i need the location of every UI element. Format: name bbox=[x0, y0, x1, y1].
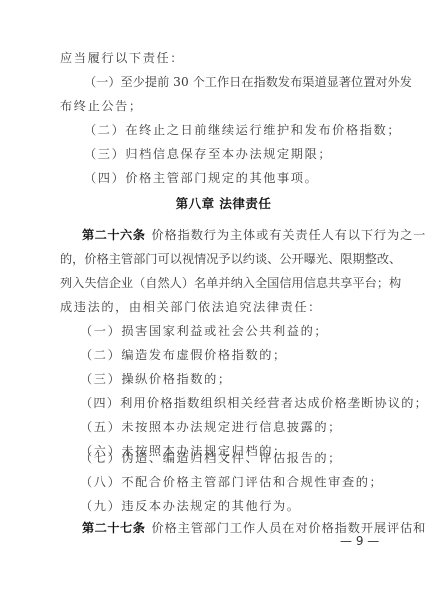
list-item: （四）价格主管部门规定的其他事项。 bbox=[84, 170, 388, 186]
list-item: （二）编造发布虚假价格指数的； bbox=[80, 347, 408, 363]
list-item: （九）违反本办法规定的其他行为。 bbox=[80, 498, 408, 514]
paragraph-line: 的，价格主管部门可以视情况予以约谈、公开曝光、限期整改、 bbox=[60, 251, 388, 267]
article-26-text: 价格指数行为主体或有关责任人有以下行为之一 bbox=[151, 228, 426, 242]
article-26-title: 第二十六条 bbox=[82, 228, 145, 242]
list-item: （二）在终止之日前继续运行维护和发布价格指数； bbox=[84, 122, 388, 138]
list-item: （一）损害国家利益或社会公共利益的； bbox=[80, 323, 408, 339]
list-item: （一）至少提前 30 个工作日在指数发布渠道显著位置对外发 bbox=[84, 74, 388, 90]
article-26-first-line: 第二十六条价格指数行为主体或有关责任人有以下行为之一 bbox=[82, 227, 388, 243]
paragraph-line: 成违法的，由相关部门依法追究法律责任： bbox=[60, 299, 388, 315]
list-item: （四）利用价格指数组织相关经营者达成价格垄断协议的； bbox=[80, 395, 408, 411]
paragraph-line: 应当履行以下责任： bbox=[60, 50, 388, 66]
list-item: （五）未按照本办法规定进行信息披露的； bbox=[80, 419, 408, 435]
list-item: （七）伪造、编造归档文件、评估报告的； bbox=[80, 450, 408, 466]
article-27-text: 价格主管部门工作人员在对价格指数开展评估和 bbox=[151, 521, 426, 535]
paragraph-line: 列入失信企业（自然人）名单并纳入全国信用信息共享平台；构 bbox=[60, 275, 388, 291]
page-number: — 9 — bbox=[340, 534, 379, 548]
chapter-heading: 第八章 法律责任 bbox=[0, 194, 447, 212]
paragraph-line: 布终止公告； bbox=[60, 98, 388, 114]
list-item: （三）归档信息保存至本办法规定期限； bbox=[84, 146, 388, 162]
list-item: （八）不配合价格主管部门评估和合规性审查的； bbox=[80, 474, 408, 490]
article-27-title: 第二十七条 bbox=[82, 521, 145, 535]
list-item: （三）操纵价格指数的； bbox=[80, 371, 408, 387]
